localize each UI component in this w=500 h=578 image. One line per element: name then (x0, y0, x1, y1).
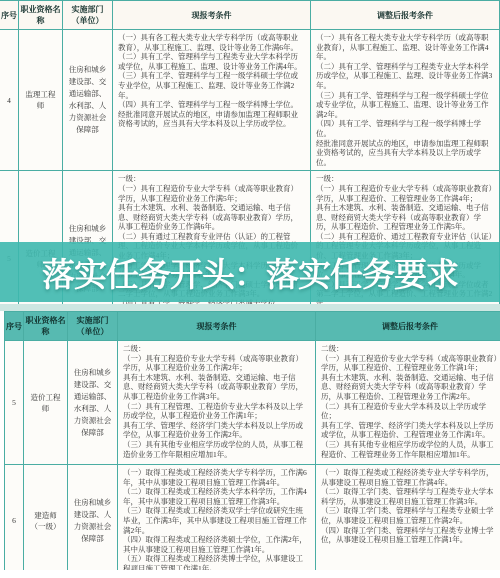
cell-department: 住房和城乡建设部、交通运输部、水利部、人力资源社会保障部 (68, 341, 118, 465)
cell-department: 住房和城乡建设部、人力资源社会保障部 (68, 465, 118, 571)
document-page: 序号 职业资格名称 实施部门（单位） 现报考条件 调整后报考条件 4 监理工程师… (0, 0, 500, 578)
cell-current-conditions: （一）取得工程类或工程经济类大学专科学历，工作满6年，其中从事建设工程项目施工管… (118, 465, 316, 571)
column-header-adjusted-conditions: 调整后报考条件 (316, 312, 500, 341)
table-row: 5 造价工程师 住房和城乡建设部、交通运输部、水利部、人力资源社会保障部 二级：… (5, 341, 500, 465)
column-header-qualification-name: 职业资格名称 (24, 312, 68, 341)
watermark-banner: 落实任务开头：落实任务要求 (0, 242, 500, 302)
column-header-seq: 序号 (0, 1, 19, 30)
column-header-department: 实施部门（单位） (68, 312, 118, 341)
table-section-bottom: 序号 职业资格名称 实施部门（单位） 现报考条件 调整后报考条件 5 造价工程师… (0, 311, 500, 570)
column-header-current-conditions: 现报考条件 (113, 1, 311, 30)
qualification-table-bottom: 序号 职业资格名称 实施部门（单位） 现报考条件 调整后报考条件 5 造价工程师… (4, 311, 500, 570)
cell-adjusted-conditions: （一）取得工程类或工程经济类专业大学专科学历，从事建设工程项目施工管理工作满4年… (316, 465, 500, 571)
table-row: 6 建造师（一级） 住房和城乡建设部、人力资源社会保障部 （一）取得工程类或工程… (5, 465, 500, 571)
watermark-text: 落实任务开头：落实任务要求 (42, 249, 458, 296)
table-row: 4 监理工程师 住房和城乡建设部、交通运输部、水利部、人力资源社会保障部 （一）… (0, 30, 500, 171)
cell-qualification-name: 造价工程师 (24, 341, 68, 465)
table-header-row: 序号 职业资格名称 实施部门（单位） 现报考条件 调整后报考条件 (5, 312, 500, 341)
cell-current-conditions: （一）具有各工程大类专业大学专科学历（或高等职业教育），从事工程施工、监理、设计… (113, 30, 311, 171)
column-header-current-conditions: 现报考条件 (118, 312, 316, 341)
column-header-department: 实施部门（单位） (63, 1, 113, 30)
cell-qualification-name: 监理工程师 (19, 30, 63, 171)
cell-current-conditions: 二级： （一）具有工程造价专业大学专科（或高等职业教育）学历，从事工程造价业务工… (118, 341, 316, 465)
table-header-row: 序号 职业资格名称 实施部门（单位） 现报考条件 调整后报考条件 (0, 1, 500, 30)
cell-adjusted-conditions: 二级： （一）具有工程造价专业大学专科（或高等职业教育）学历，从事工程造价、工程… (316, 341, 500, 465)
cell-seq: 4 (0, 30, 19, 171)
cell-qualification-name: 建造师（一级） (24, 465, 68, 571)
cell-seq: 6 (5, 465, 24, 571)
section-divider (0, 304, 500, 311)
column-header-qualification-name: 职业资格名称 (19, 1, 63, 30)
cell-seq: 5 (5, 341, 24, 465)
column-header-seq: 序号 (5, 312, 24, 341)
cell-department: 住房和城乡建设部、交通运输部、水利部、人力资源社会保障部 (63, 30, 113, 171)
cell-adjusted-conditions: （一）具有各工程大类专业大学专科学历（或高等职业教育），从事工程施工、监理、设计… (311, 30, 500, 171)
column-header-adjusted-conditions: 调整后报考条件 (311, 1, 500, 30)
